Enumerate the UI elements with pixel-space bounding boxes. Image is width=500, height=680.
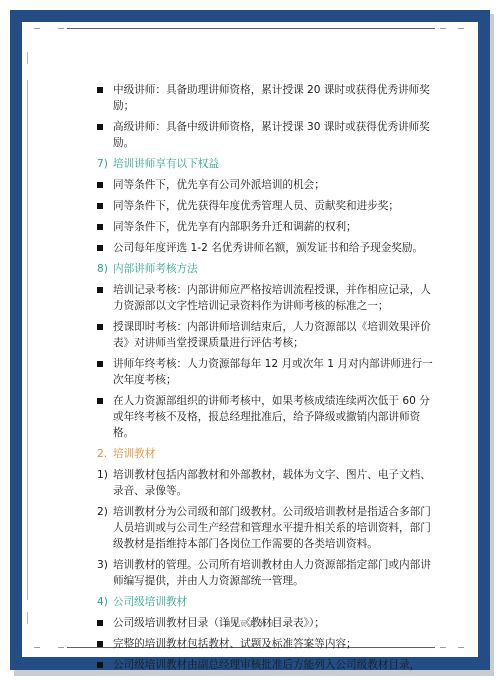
- item-number: 3): [97, 557, 108, 573]
- square-bullet-icon: [97, 287, 103, 293]
- list-item: 公司每年度评选 1-2 名优秀讲师名额，颁发证书和给予现金奖励。: [97, 240, 437, 256]
- item-text: 在人力资源部组织的讲师考核中，如果考核成绩连续两次低于 60 分或年终考核不及格…: [113, 395, 430, 439]
- header-rule: [67, 28, 435, 29]
- list-item: 同等条件下，优先获得年度优秀管理人员、贡献奖和进步奖；: [97, 198, 437, 214]
- list-item: 同等条件下，优先享有公司外派培训的机会；: [97, 177, 437, 193]
- heading-number: 7): [97, 156, 113, 172]
- item-text: 高级讲师：具备中级讲师资格，累计授课 30 课时或获得优秀讲师奖励。: [113, 121, 430, 149]
- item-text: 同等条件下，优先享有内部职务升迁和调薪的权利；: [113, 221, 357, 233]
- crop-mark: [34, 647, 40, 648]
- square-bullet-icon: [97, 361, 103, 367]
- item-text: 授课即时考核：内部讲师培训结束后，人力资源部以《培训效果评价表》对讲师当堂授课质…: [113, 321, 431, 349]
- list-item: 讲师年终考核：人力资源部每年 12 月或次年 1 月对内部讲师进行一次年度考核；: [97, 356, 437, 388]
- subheading: 4)公司级培训教材: [97, 594, 437, 610]
- numbered-item: 1)培训教材包括内部教材和外部教材，载体为文字、图片、电子文档、录音、录像等。: [97, 467, 437, 499]
- square-bullet-icon: [97, 662, 103, 668]
- square-bullet-icon: [97, 324, 103, 330]
- item-text: 培训教材分为公司级和部门级教材。公司级培训教材是指适合多部门人员培训或与公司生产…: [113, 506, 431, 550]
- square-bullet-icon: [97, 182, 103, 188]
- subheading: 8)内部讲师考核方法: [97, 261, 437, 277]
- list-item: 高级讲师：具备中级讲师资格，累计授课 30 课时或获得优秀讲师奖励。: [97, 119, 437, 151]
- subheading: 7)培训讲师享有以下权益: [97, 156, 437, 172]
- page-margin-line: [27, 80, 28, 600]
- item-number: 2): [97, 504, 108, 520]
- square-bullet-icon: [97, 398, 103, 404]
- square-bullet-icon: [97, 203, 103, 209]
- list-item: 中级讲师：具备助理讲师资格，累计授课 20 课时或获得优秀讲师奖励；: [97, 82, 437, 114]
- square-bullet-icon: [97, 245, 103, 251]
- item-text: 公司每年度评选 1-2 名优秀讲师名额，颁发证书和给予现金奖励。: [113, 242, 423, 254]
- item-number: 1): [97, 467, 108, 483]
- item-text: 讲师年终考核：人力资源部每年 12 月或次年 1 月对内部讲师进行一次年度考核；: [113, 358, 433, 386]
- document-body: 中级讲师：具备助理讲师资格，累计授课 20 课时或获得优秀讲师奖励； 高级讲师：…: [97, 82, 437, 678]
- crop-mark: [440, 647, 446, 648]
- list-item: 完整的培训教材包括教材、试题及标准答案等内容；: [97, 636, 437, 652]
- crop-mark: [58, 28, 64, 29]
- item-text: 同等条件下，优先获得年度优秀管理人员、贡献奖和进步奖；: [113, 200, 399, 212]
- item-text: 公司级培训教材由副总经理审核批准后方能列入公司级教材目录，: [113, 659, 420, 671]
- heading-number: 4): [97, 594, 113, 610]
- item-text: 完整的培训教材包括教材、试题及标准答案等内容；: [113, 638, 357, 650]
- section-title: 培训教材: [113, 448, 155, 460]
- heading-text: 培训讲师享有以下权益: [113, 158, 219, 170]
- heading-number: 8): [97, 261, 113, 277]
- heading-text: 内部讲师考核方法: [113, 263, 198, 275]
- square-bullet-icon: [97, 641, 103, 647]
- list-item: 在人力资源部组织的讲师考核中，如果考核成绩连续两次低于 60 分或年终考核不及格…: [97, 393, 437, 441]
- crop-mark: [34, 28, 40, 29]
- heading-text: 公司级培训教材: [113, 596, 187, 608]
- square-bullet-icon: [97, 224, 103, 230]
- document-page: 中级讲师：具备助理讲师资格，累计授课 20 课时或获得优秀讲师奖励； 高级讲师：…: [22, 22, 478, 657]
- numbered-item: 3)培训教材的管理。公司所有培训教材由人力资源部指定部门或内部讲师编写提供，并由…: [97, 557, 437, 589]
- item-text: 培训教材的管理。公司所有培训教材由人力资源部指定部门或内部讲师编写提供，并由人力…: [113, 559, 431, 587]
- list-item: 培训记录考核：内部讲师应严格按培训流程授课，并作相应记录，人力资源部以文字性培训…: [97, 282, 437, 314]
- section-number: 2.: [97, 446, 113, 462]
- item-text: 中级讲师：具备助理讲师资格，累计授课 20 课时或获得优秀讲师奖励；: [113, 84, 430, 112]
- page-number: 第 5 页 共 31 页: [22, 619, 478, 629]
- list-item: 同等条件下，优先享有内部职务升迁和调薪的权利；: [97, 219, 437, 235]
- crop-mark: [440, 28, 446, 29]
- item-text: 培训教材包括内部教材和外部教材，载体为文字、图片、电子文档、录音、录像等。: [113, 469, 431, 497]
- list-item: 公司级培训教材由副总经理审核批准后方能列入公司级教材目录，: [97, 657, 437, 673]
- list-item: 授课即时考核：内部讲师培训结束后，人力资源部以《培训效果评价表》对讲师当堂授课质…: [97, 319, 437, 351]
- crop-mark: [27, 52, 28, 64]
- crop-mark: [58, 647, 64, 648]
- crop-mark: [458, 28, 464, 29]
- numbered-item: 2)培训教材分为公司级和部门级教材。公司级培训教材是指适合多部门人员培训或与公司…: [97, 504, 437, 552]
- section-heading: 2.培训教材: [97, 446, 437, 462]
- square-bullet-icon: [97, 87, 103, 93]
- square-bullet-icon: [97, 124, 103, 130]
- item-text: 培训记录考核：内部讲师应严格按培训流程授课，并作相应记录，人力资源部以文字性培训…: [113, 284, 431, 312]
- crop-mark: [458, 647, 464, 648]
- item-text: 同等条件下，优先享有公司外派培训的机会；: [113, 179, 325, 191]
